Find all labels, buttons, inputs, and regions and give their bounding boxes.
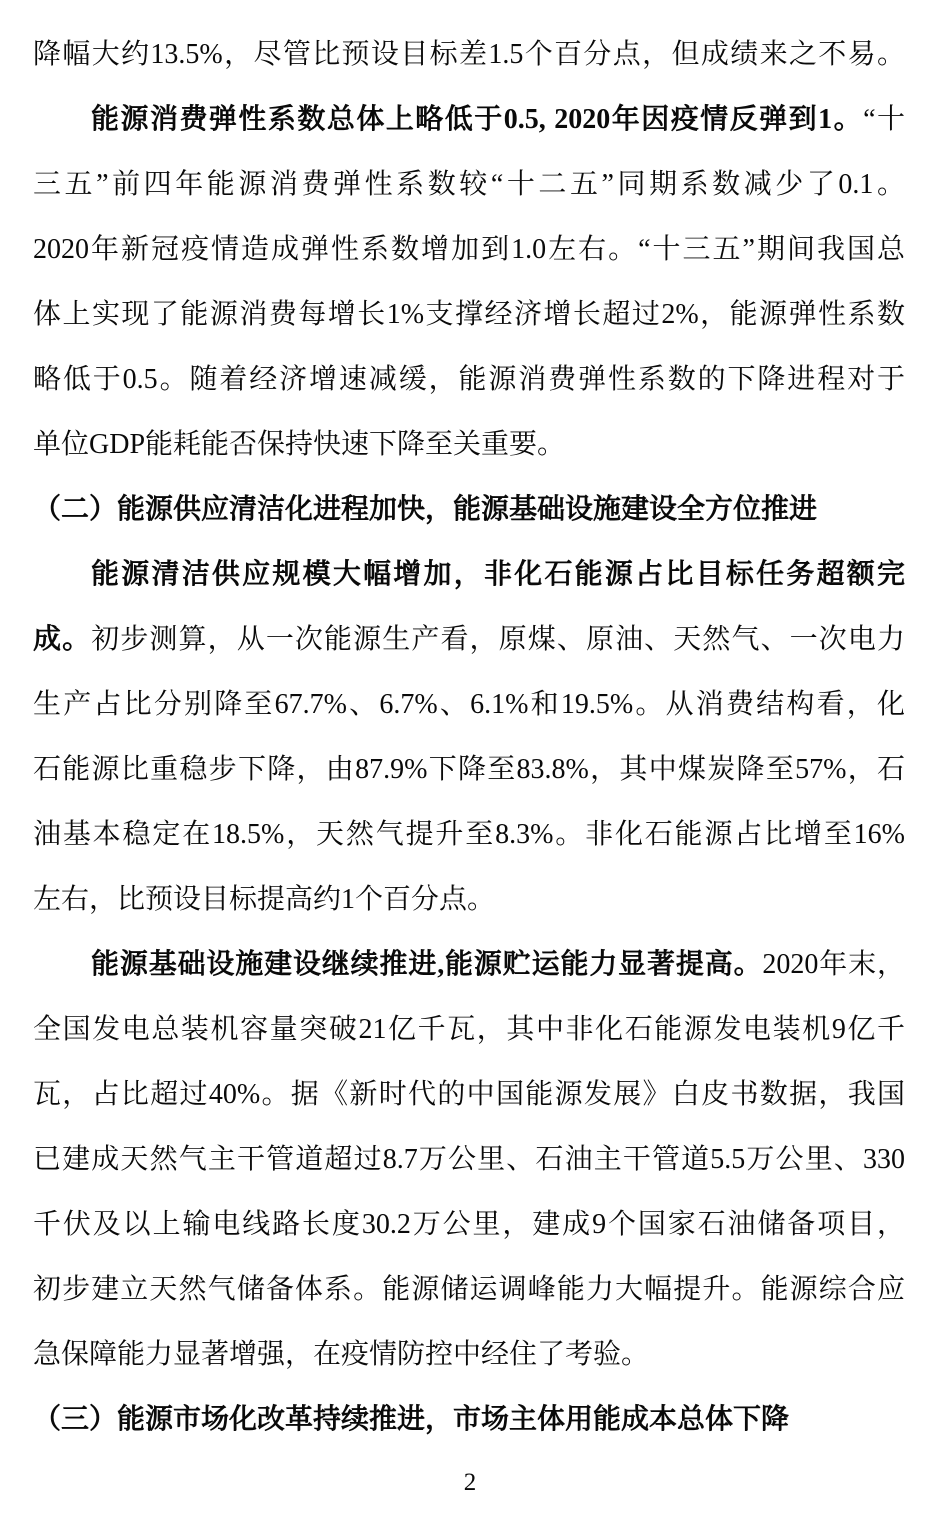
page-number: 2 — [0, 1463, 940, 1503]
text-segment: 能源基础设施建设继续推进,能源贮运能力显著提高。 — [91, 949, 762, 980]
text-line: 成。初步测算，从一次能源生产看，原煤、原油、天然气、一次电力 — [33, 607, 905, 672]
text-line: 能源基础设施建设继续推进,能源贮运能力显著提高。2020年末， — [33, 932, 905, 997]
text-segment: 略低于0.5。随着经济增速减缓，能源消费弹性系数的下降进程对于 — [33, 364, 905, 395]
text-line: 略低于0.5。随着经济增速减缓，能源消费弹性系数的下降进程对于 — [33, 347, 905, 412]
text-line: 能源消费弹性系数总体上略低于0.5, 2020年因疫情反弹到1。“十 — [33, 87, 905, 152]
text-line: 石能源比重稳步下降，由87.9%下降至83.8%，其中煤炭降至57%，石 — [33, 737, 905, 802]
text-line: 三五”前四年能源消费弹性系数较“十二五”同期系数减少了0.1。 — [33, 152, 905, 217]
text-segment: 成。 — [33, 624, 91, 655]
text-segment: 瓦，占比超过40%。据《新时代的中国能源发展》白皮书数据，我国 — [33, 1079, 905, 1110]
text-segment: （三）能源市场化改革持续推进，市场主体用能成本总体下降 — [33, 1404, 789, 1435]
text-segment: 能源清洁供应规模大幅增加，非化石能源占比目标任务超额完 — [91, 559, 905, 590]
text-segment: 能源消费弹性系数总体上略低于0.5, 2020年因疫情反弹到1。 — [91, 104, 863, 135]
section-heading: （三）能源市场化改革持续推进，市场主体用能成本总体下降 — [33, 1387, 905, 1452]
text-line: 急保障能力显著增强，在疫情防控中经住了考验。 — [33, 1322, 905, 1387]
text-line: 油基本稳定在18.5%，天然气提升至8.3%。非化石能源占比增至16% — [33, 802, 905, 867]
text-segment: 急保障能力显著增强，在疫情防控中经住了考验。 — [33, 1339, 649, 1370]
text-segment: 石能源比重稳步下降，由87.9%下降至83.8%，其中煤炭降至57%，石 — [33, 754, 905, 785]
document-page: 降幅大约13.5%，尽管比预设目标差1.5个百分点，但成绩来之不易。能源消费弹性… — [0, 0, 940, 1524]
text-segment: 降幅大约13.5%，尽管比预设目标差1.5个百分点，但成绩来之不易。 — [33, 39, 905, 70]
text-line: 降幅大约13.5%，尽管比预设目标差1.5个百分点，但成绩来之不易。 — [33, 22, 905, 87]
text-segment: 三五”前四年能源消费弹性系数较“十二五”同期系数减少了0.1。 — [33, 169, 905, 200]
text-segment: （二）能源供应清洁化进程加快，能源基础设施建设全方位推进 — [33, 494, 817, 525]
text-line: 2020年新冠疫情造成弹性系数增加到1.0左右。“十三五”期间我国总 — [33, 217, 905, 282]
text-line: 全国发电总装机容量突破21亿千瓦，其中非化石能源发电装机9亿千 — [33, 997, 905, 1062]
text-segment: 全国发电总装机容量突破21亿千瓦，其中非化石能源发电装机9亿千 — [33, 1014, 905, 1045]
text-line: 能源清洁供应规模大幅增加，非化石能源占比目标任务超额完 — [33, 542, 905, 607]
text-segment: 初步建立天然气储备体系。能源储运调峰能力大幅提升。能源综合应 — [33, 1274, 905, 1305]
text-line: 生产占比分别降至67.7%、6.7%、6.1%和19.5%。从消费结构看，化 — [33, 672, 905, 737]
text-segment: 2020年新冠疫情造成弹性系数增加到1.0左右。“十三五”期间我国总 — [33, 234, 905, 265]
text-segment: “十 — [863, 104, 905, 135]
text-segment: 已建成天然气主干管道超过8.7万公里、石油主干管道5.5万公里、330 — [33, 1144, 905, 1175]
text-line: 左右，比预设目标提高约1个百分点。 — [33, 867, 905, 932]
text-segment: 初步测算，从一次能源生产看，原煤、原油、天然气、一次电力 — [91, 624, 905, 655]
text-line: 初步建立天然气储备体系。能源储运调峰能力大幅提升。能源综合应 — [33, 1257, 905, 1322]
text-line: 体上实现了能源消费每增长1%支撑经济增长超过2%，能源弹性系数 — [33, 282, 905, 347]
text-line: 千伏及以上输电线路长度30.2万公里，建成9个国家石油储备项目， — [33, 1192, 905, 1257]
document-body: 降幅大约13.5%，尽管比预设目标差1.5个百分点，但成绩来之不易。能源消费弹性… — [33, 22, 905, 1452]
text-segment: 单位GDP能耗能否保持快速下降至关重要。 — [33, 429, 565, 460]
text-segment: 体上实现了能源消费每增长1%支撑经济增长超过2%，能源弹性系数 — [33, 299, 905, 330]
text-segment: 左右，比预设目标提高约1个百分点。 — [33, 884, 495, 915]
text-segment: 生产占比分别降至67.7%、6.7%、6.1%和19.5%。从消费结构看，化 — [33, 689, 905, 720]
text-line: 瓦，占比超过40%。据《新时代的中国能源发展》白皮书数据，我国 — [33, 1062, 905, 1127]
section-heading: （二）能源供应清洁化进程加快，能源基础设施建设全方位推进 — [33, 477, 905, 542]
text-line: 已建成天然气主干管道超过8.7万公里、石油主干管道5.5万公里、330 — [33, 1127, 905, 1192]
text-segment: 2020年末， — [762, 949, 905, 980]
text-segment: 千伏及以上输电线路长度30.2万公里，建成9个国家石油储备项目， — [33, 1209, 905, 1240]
text-segment: 油基本稳定在18.5%，天然气提升至8.3%。非化石能源占比增至16% — [33, 819, 905, 850]
text-line: 单位GDP能耗能否保持快速下降至关重要。 — [33, 412, 905, 477]
